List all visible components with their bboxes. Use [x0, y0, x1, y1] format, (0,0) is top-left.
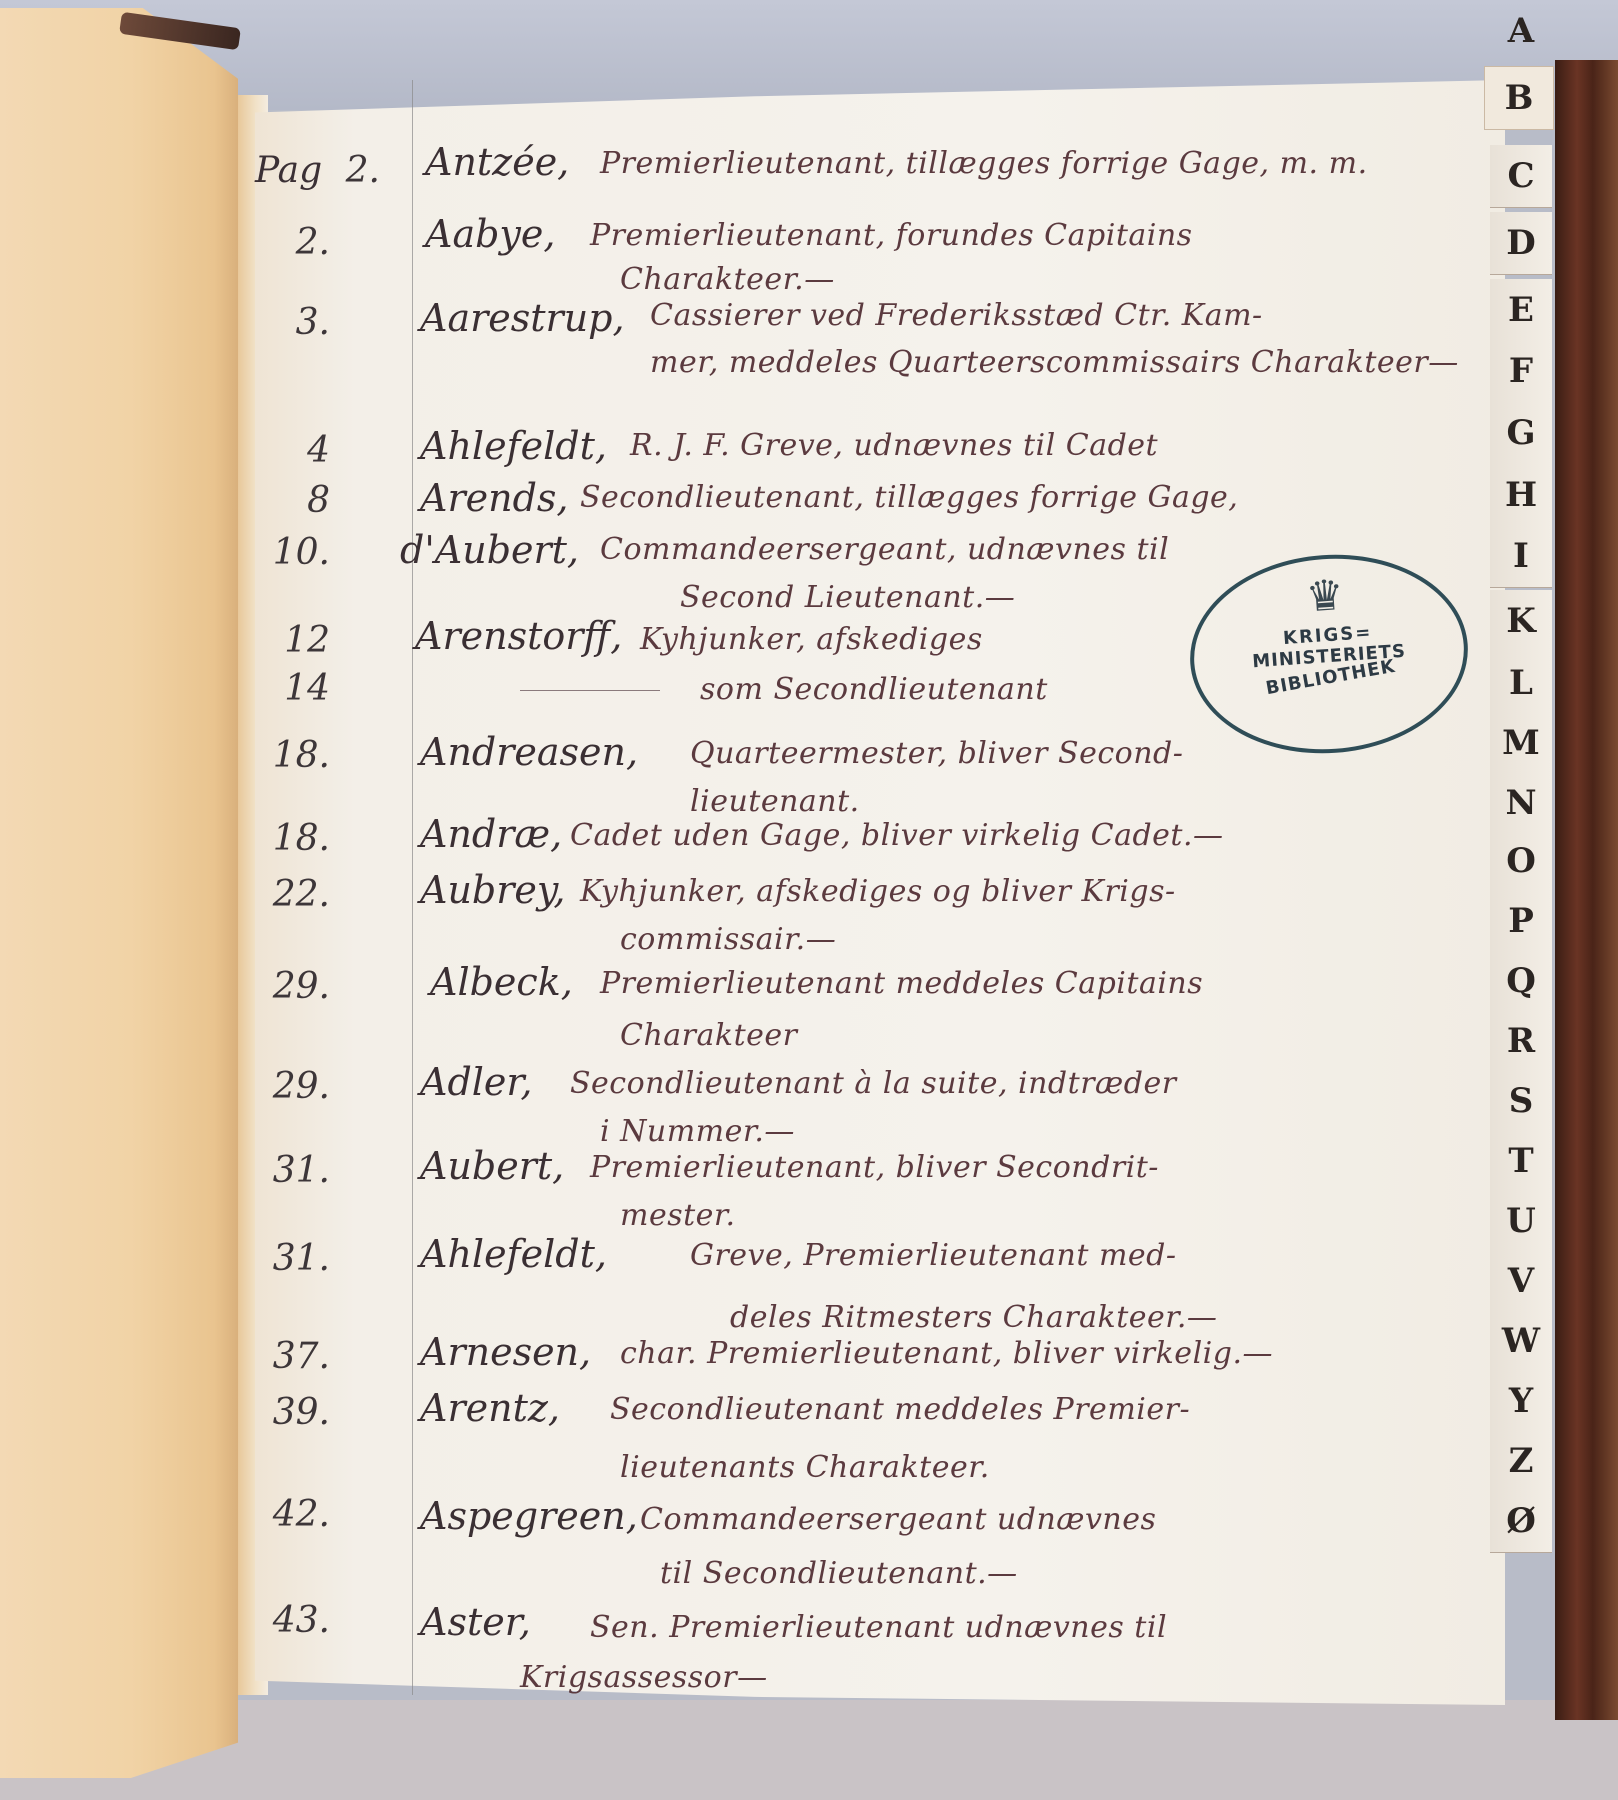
entry-page-number: 2. — [300, 150, 380, 191]
entry-page-number: 42. — [250, 1494, 330, 1535]
index-tab-t[interactable]: T — [1490, 1130, 1552, 1193]
entry-continuation: Charakteer.— — [620, 262, 835, 297]
entry-page-number: 3. — [250, 302, 330, 343]
entry-description: Sen. Premierlieutenant udnævnes til — [590, 1610, 1167, 1645]
entry-description: Premierlieutenant, bliver Secondrit- — [590, 1150, 1159, 1185]
entry-page-number: 29. — [250, 1066, 330, 1107]
entry-description: Secondlieutenant à la suite, indtræder — [570, 1066, 1177, 1101]
index-tab-n[interactable]: N — [1490, 772, 1552, 835]
index-tab-k[interactable]: K — [1490, 590, 1552, 653]
entry-name: Andreasen, — [420, 730, 638, 774]
entry-continuation: lieutenants Charakteer. — [620, 1450, 990, 1485]
entry-description: Premierlieutenant, forundes Capitains — [590, 218, 1193, 253]
ditto-dash — [520, 690, 660, 691]
entry-name: Arentz, — [420, 1386, 560, 1430]
index-tab-y[interactable]: Y — [1490, 1370, 1552, 1433]
entry-continuation: mester. — [620, 1198, 736, 1233]
entry-description: Greve, Premierlieutenant med- — [690, 1238, 1177, 1273]
index-tab-g[interactable]: G — [1490, 402, 1552, 465]
entry-name: Andræ, — [420, 812, 562, 856]
entry-description: Cadet uden Gage, bliver virkelig Cadet.— — [570, 818, 1224, 853]
index-tab-s[interactable]: S — [1490, 1070, 1552, 1133]
entry-name: d'Aubert, — [400, 528, 579, 572]
entry-name: Arends, — [420, 476, 568, 520]
entry-description: char. Premierlieutenant, bliver virkelig… — [620, 1336, 1273, 1371]
entry-name: Aubert, — [420, 1144, 564, 1188]
entry-name: Adler, — [420, 1060, 532, 1104]
index-tab-w[interactable]: W — [1490, 1310, 1552, 1373]
entry-page-number: 2. — [250, 222, 330, 263]
entry-description: Kyhjunker, afskediges — [640, 622, 983, 657]
entry-page-number: 37. — [250, 1336, 330, 1377]
entry-page-number: 10. — [250, 532, 330, 573]
index-tab-a[interactable]: A — [1490, 0, 1552, 62]
entry-name: Ahlefeldt, — [420, 1232, 607, 1276]
entry-name: Aster, — [420, 1600, 531, 1644]
entry-continuation: lieutenant. — [690, 784, 860, 819]
entry-description: R. J. F. Greve, udnævnes til Cadet — [630, 428, 1158, 463]
index-tab-e[interactable]: E — [1490, 279, 1552, 342]
entry-description: Kyhjunker, afskediges og bliver Krigs- — [580, 874, 1176, 909]
entry-page-number: 8 — [250, 480, 330, 521]
entry-continuation: Charakteer — [620, 1018, 797, 1053]
entry-name: Arenstorff, — [415, 614, 622, 658]
index-tab-b[interactable]: B — [1484, 66, 1554, 130]
index-tab-oe[interactable]: Ø — [1490, 1490, 1552, 1553]
entry-page-number: 31. — [250, 1238, 330, 1279]
entry-page-number: 31. — [250, 1150, 330, 1191]
index-tab-r[interactable]: R — [1490, 1010, 1552, 1073]
entry-name: Albeck, — [430, 960, 573, 1004]
entry-page-number: 18. — [250, 735, 330, 776]
index-tab-z[interactable]: Z — [1490, 1430, 1552, 1493]
entry-name: Aspegreen, — [420, 1494, 638, 1538]
book-cover-binding — [1555, 60, 1618, 1720]
index-tab-o[interactable]: O — [1490, 830, 1552, 893]
index-tab-c[interactable]: C — [1490, 145, 1552, 208]
entry-continuation: mer, meddeles Quarteerscommissairs Chara… — [650, 345, 1459, 380]
entry-page-number: 43. — [250, 1600, 330, 1641]
entry-description: Secondlieutenant meddeles Premier- — [610, 1392, 1190, 1427]
entry-page-number: 14 — [250, 668, 330, 709]
entry-page-number: 39. — [250, 1392, 330, 1433]
entry-continuation: Second Lieutenant.— — [680, 580, 1015, 615]
entry-page-number: 22. — [250, 874, 330, 915]
entry-name: Aarestrup, — [420, 296, 625, 340]
entry-page-number: 29. — [250, 966, 330, 1007]
entry-name: Aabye, — [425, 212, 555, 256]
margin-rule-line — [412, 80, 413, 1695]
entry-description: Premierlieutenant, tillægges forrige Gag… — [600, 146, 1368, 181]
index-tab-v[interactable]: V — [1490, 1250, 1552, 1313]
entry-continuation: deles Ritmesters Charakteer.— — [730, 1300, 1217, 1335]
left-page-blank — [0, 8, 238, 1778]
entry-description: Commandeersergeant, udnævnes til — [600, 532, 1169, 567]
entry-continuation: commissair.— — [620, 922, 836, 957]
entry-name: Arnesen, — [420, 1330, 591, 1374]
entry-description: Quarteermester, bliver Second- — [690, 736, 1183, 771]
entry-continuation: som Secondlieutenant — [700, 672, 1048, 707]
index-tab-p[interactable]: P — [1490, 890, 1552, 953]
index-tab-d[interactable]: D — [1490, 212, 1552, 275]
entry-page-number: 12 — [250, 620, 330, 661]
entry-page-number: 18. — [250, 818, 330, 859]
entry-name: Aubrey, — [420, 868, 565, 912]
entry-continuation: i Nummer.— — [600, 1114, 795, 1149]
entry-name: Ahlefeldt, — [420, 424, 607, 468]
entry-description: Premierlieutenant meddeles Capitains — [600, 966, 1203, 1001]
index-tab-h[interactable]: H — [1490, 464, 1552, 527]
entry-description: Secondlieutenant, tillægges forrige Gage… — [580, 480, 1238, 515]
entry-name: Antzée, — [425, 140, 569, 184]
entry-description: Cassierer ved Frederiksstæd Ctr. Kam- — [650, 298, 1263, 333]
alphabet-index-tabs: A B C D E F G H I K L M N O P Q R S T U … — [1490, 0, 1560, 1720]
entry-page-number: 4 — [250, 430, 330, 471]
entry-description: Commandeersergeant udnævnes — [640, 1502, 1156, 1537]
entry-continuation: til Secondlieutenant.— — [660, 1556, 1018, 1591]
index-tab-u[interactable]: U — [1490, 1190, 1552, 1253]
index-tab-m[interactable]: M — [1490, 712, 1552, 775]
entry-continuation: Krigsassessor— — [520, 1660, 768, 1695]
background-table-surface — [0, 1700, 1618, 1800]
index-tab-l[interactable]: L — [1490, 652, 1552, 715]
index-tab-i[interactable]: I — [1490, 525, 1552, 588]
index-tab-q[interactable]: Q — [1490, 950, 1552, 1013]
index-tab-f[interactable]: F — [1490, 340, 1552, 403]
